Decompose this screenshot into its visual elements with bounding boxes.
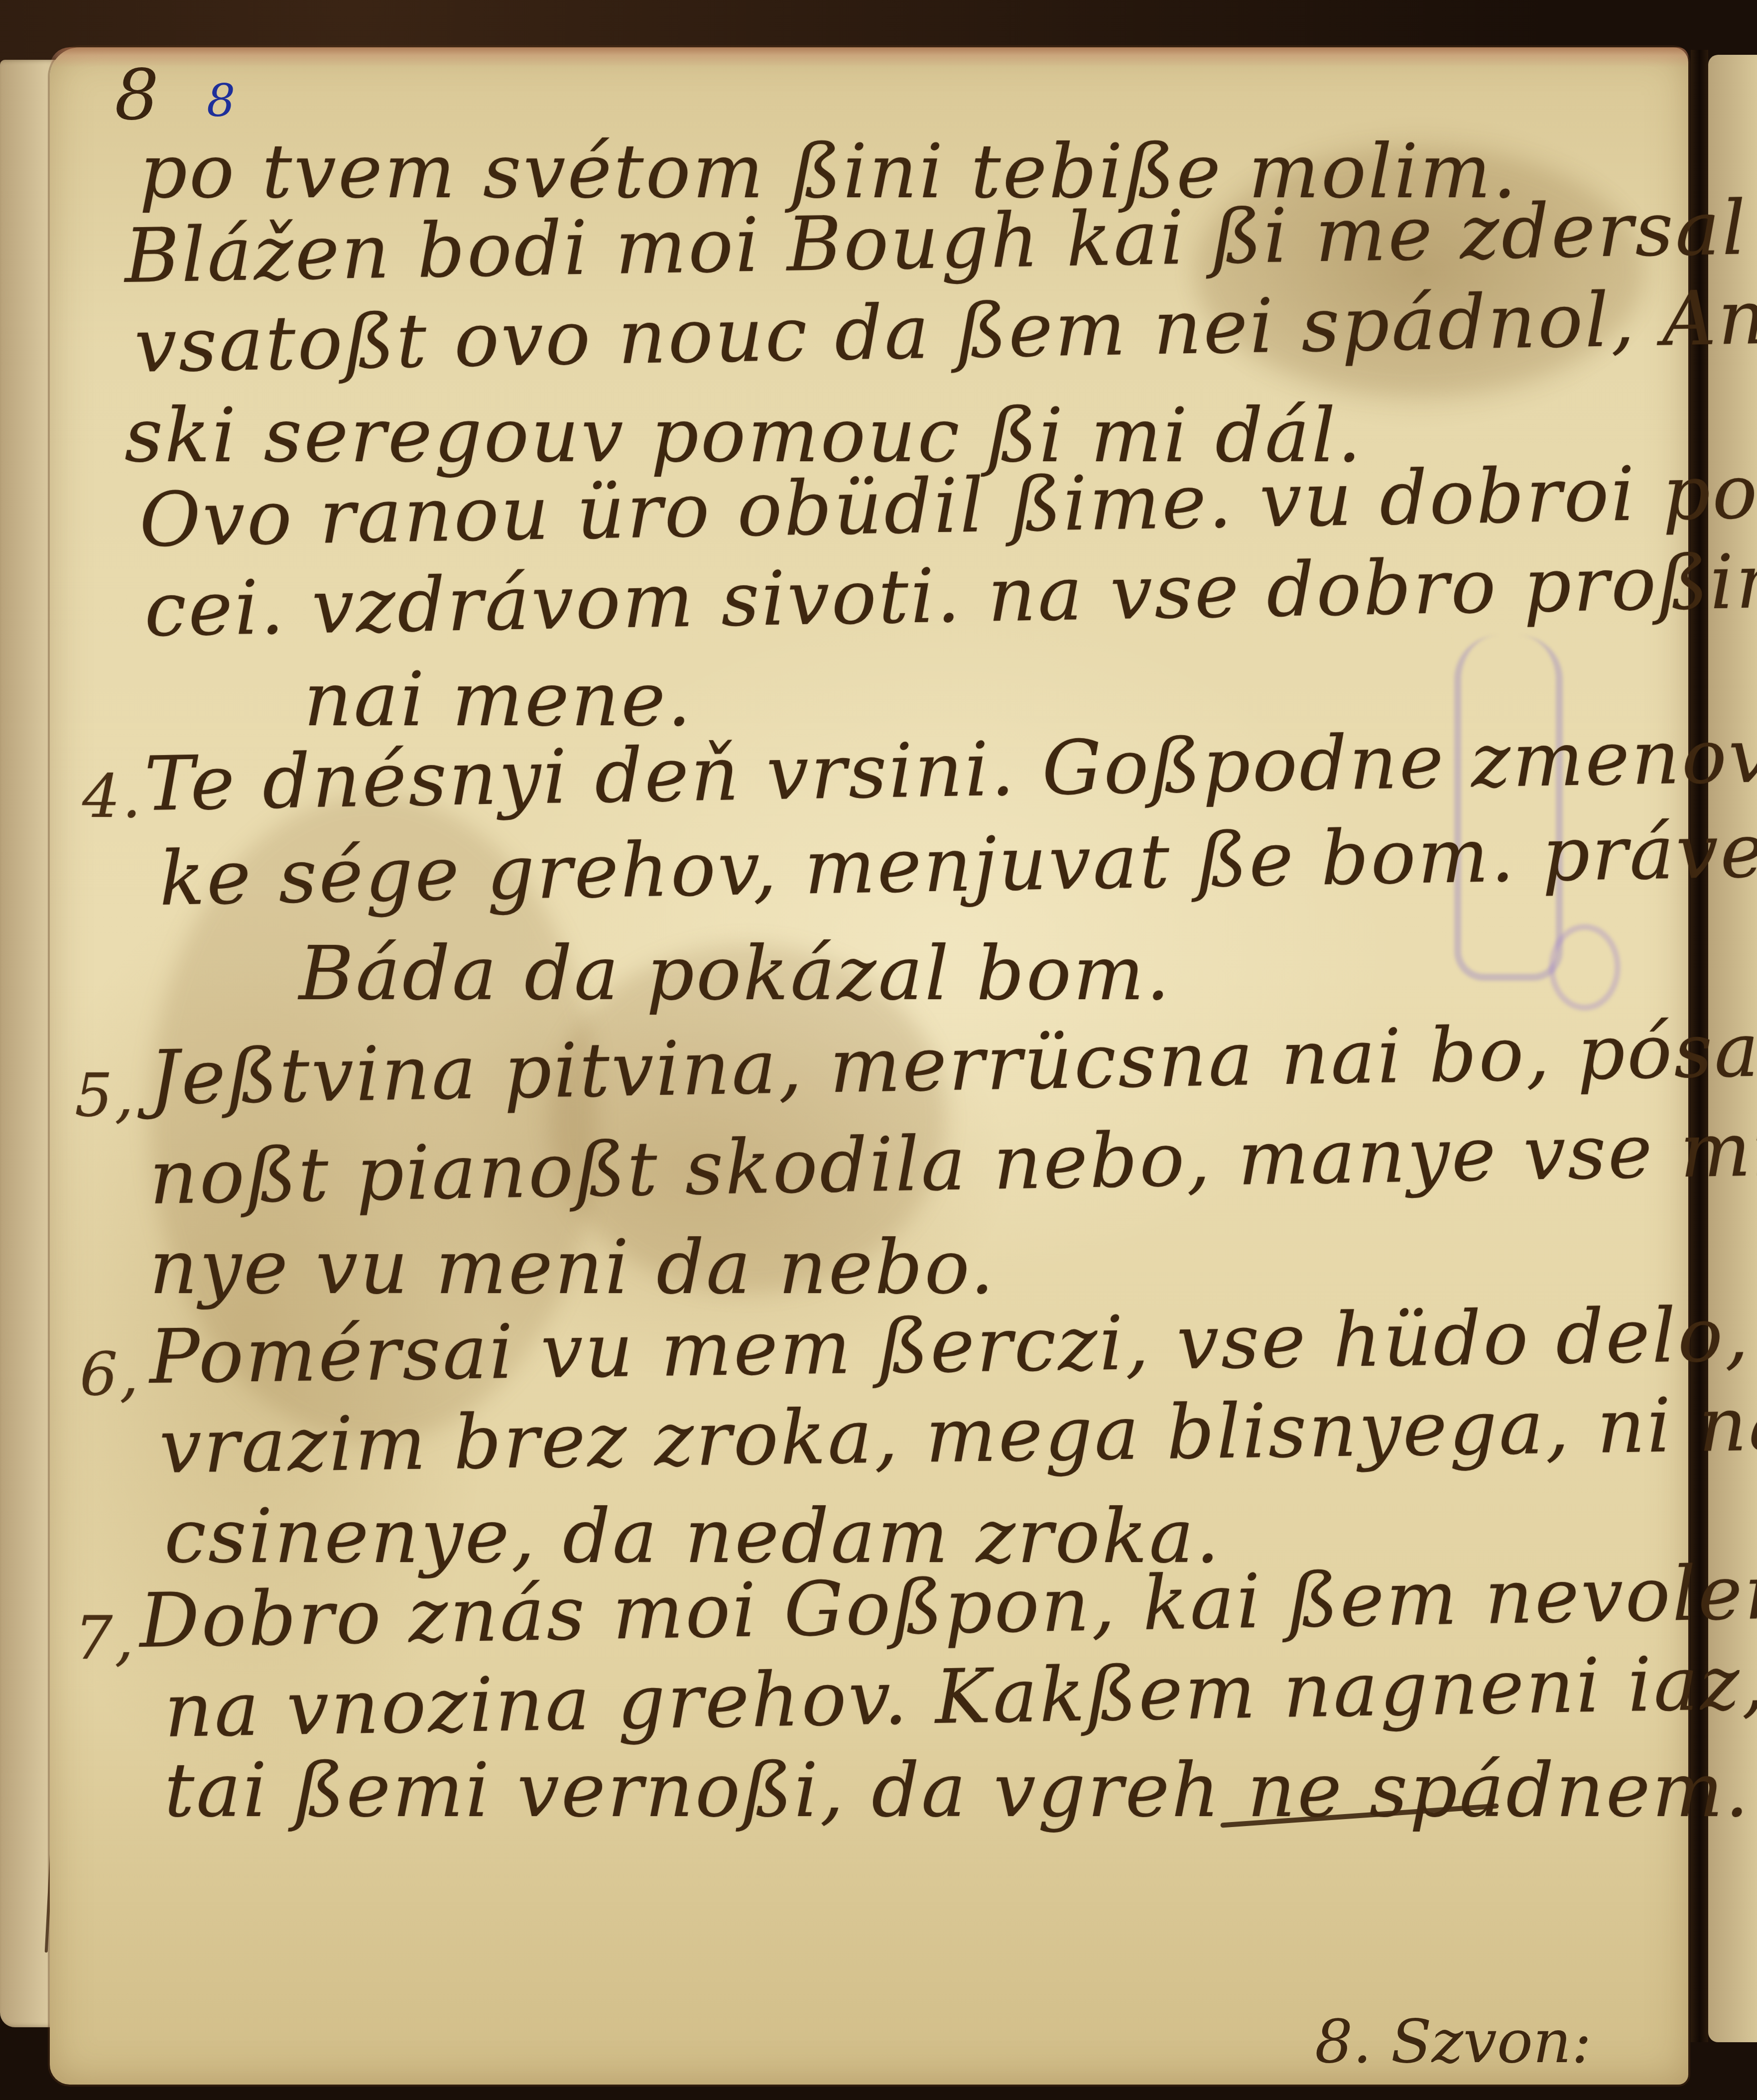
manuscript-line-14: Pomérsai vu mem ßerczi, vse hüdo delo, n… (149, 1296, 1757, 1395)
stanza-number-6: 6, (80, 1340, 141, 1409)
violet-stamp-mark (1454, 635, 1563, 981)
manuscript-line-7: nai mene. (304, 662, 693, 737)
manuscript-line-13: nye vu meni da nebo. (149, 1230, 996, 1305)
stanza-number-5: 5, (75, 1061, 136, 1130)
page-top-edge (50, 47, 1688, 67)
stanza-number-4: 4. (82, 762, 143, 831)
violet-stamp-dot (1549, 924, 1621, 1011)
manuscript-line-10: Báda da pokázal bom. (299, 936, 1172, 1011)
folio-number: 8 (115, 55, 159, 136)
catchword: 8. Szvon: (1315, 2007, 1592, 2077)
manuscript-line-19: tai ßemi vernoßi, da vgreh ne spádnem. (164, 1753, 1751, 1828)
stanza-number-7: 7, (75, 1604, 136, 1673)
manuscript-scene: 8 8 po tvem svétom ßini tebiße molim. Bl… (0, 0, 1757, 2100)
blue-pencil-mark: 8 (207, 75, 235, 127)
